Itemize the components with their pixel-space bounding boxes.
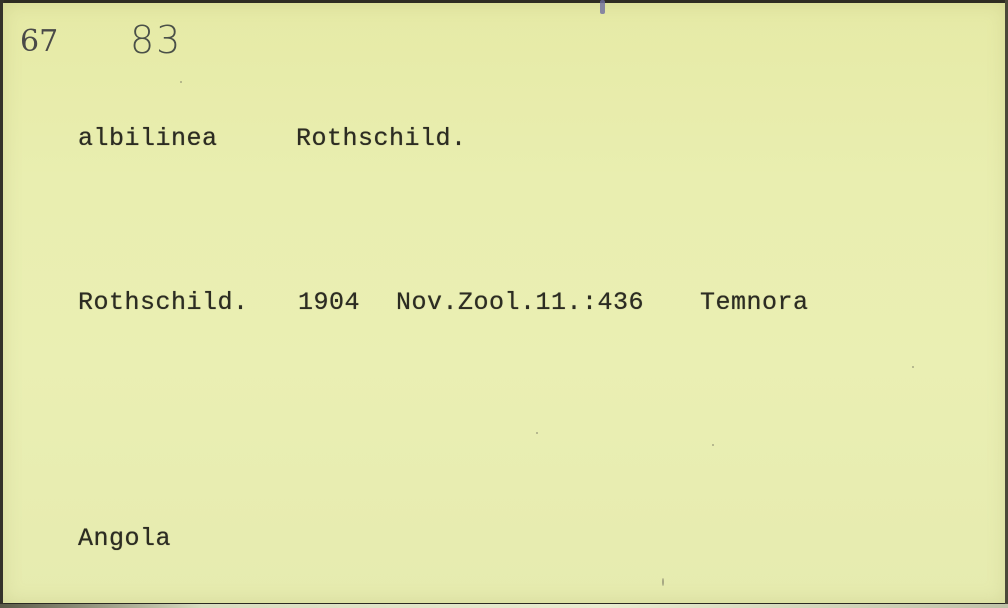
- reference-genus: Temnora: [700, 288, 809, 317]
- reference-year: 1904: [298, 288, 360, 317]
- card-bottom-edge: [0, 604, 1008, 608]
- locality: Angola: [78, 524, 171, 553]
- reference-author: Rothschild.: [78, 288, 249, 317]
- speck: [712, 444, 714, 446]
- ink-mark: [600, 0, 605, 14]
- handwritten-number-left: 67: [20, 24, 58, 59]
- species-author: Rothschild.: [296, 124, 467, 153]
- speck: [912, 366, 914, 368]
- speck: [536, 432, 538, 434]
- handwritten-number-right: 83: [130, 18, 182, 62]
- reference-citation: Nov.Zool.11.:436: [396, 288, 644, 317]
- speck: [180, 81, 182, 83]
- speck: [662, 578, 664, 586]
- species-name: albilinea: [78, 124, 218, 153]
